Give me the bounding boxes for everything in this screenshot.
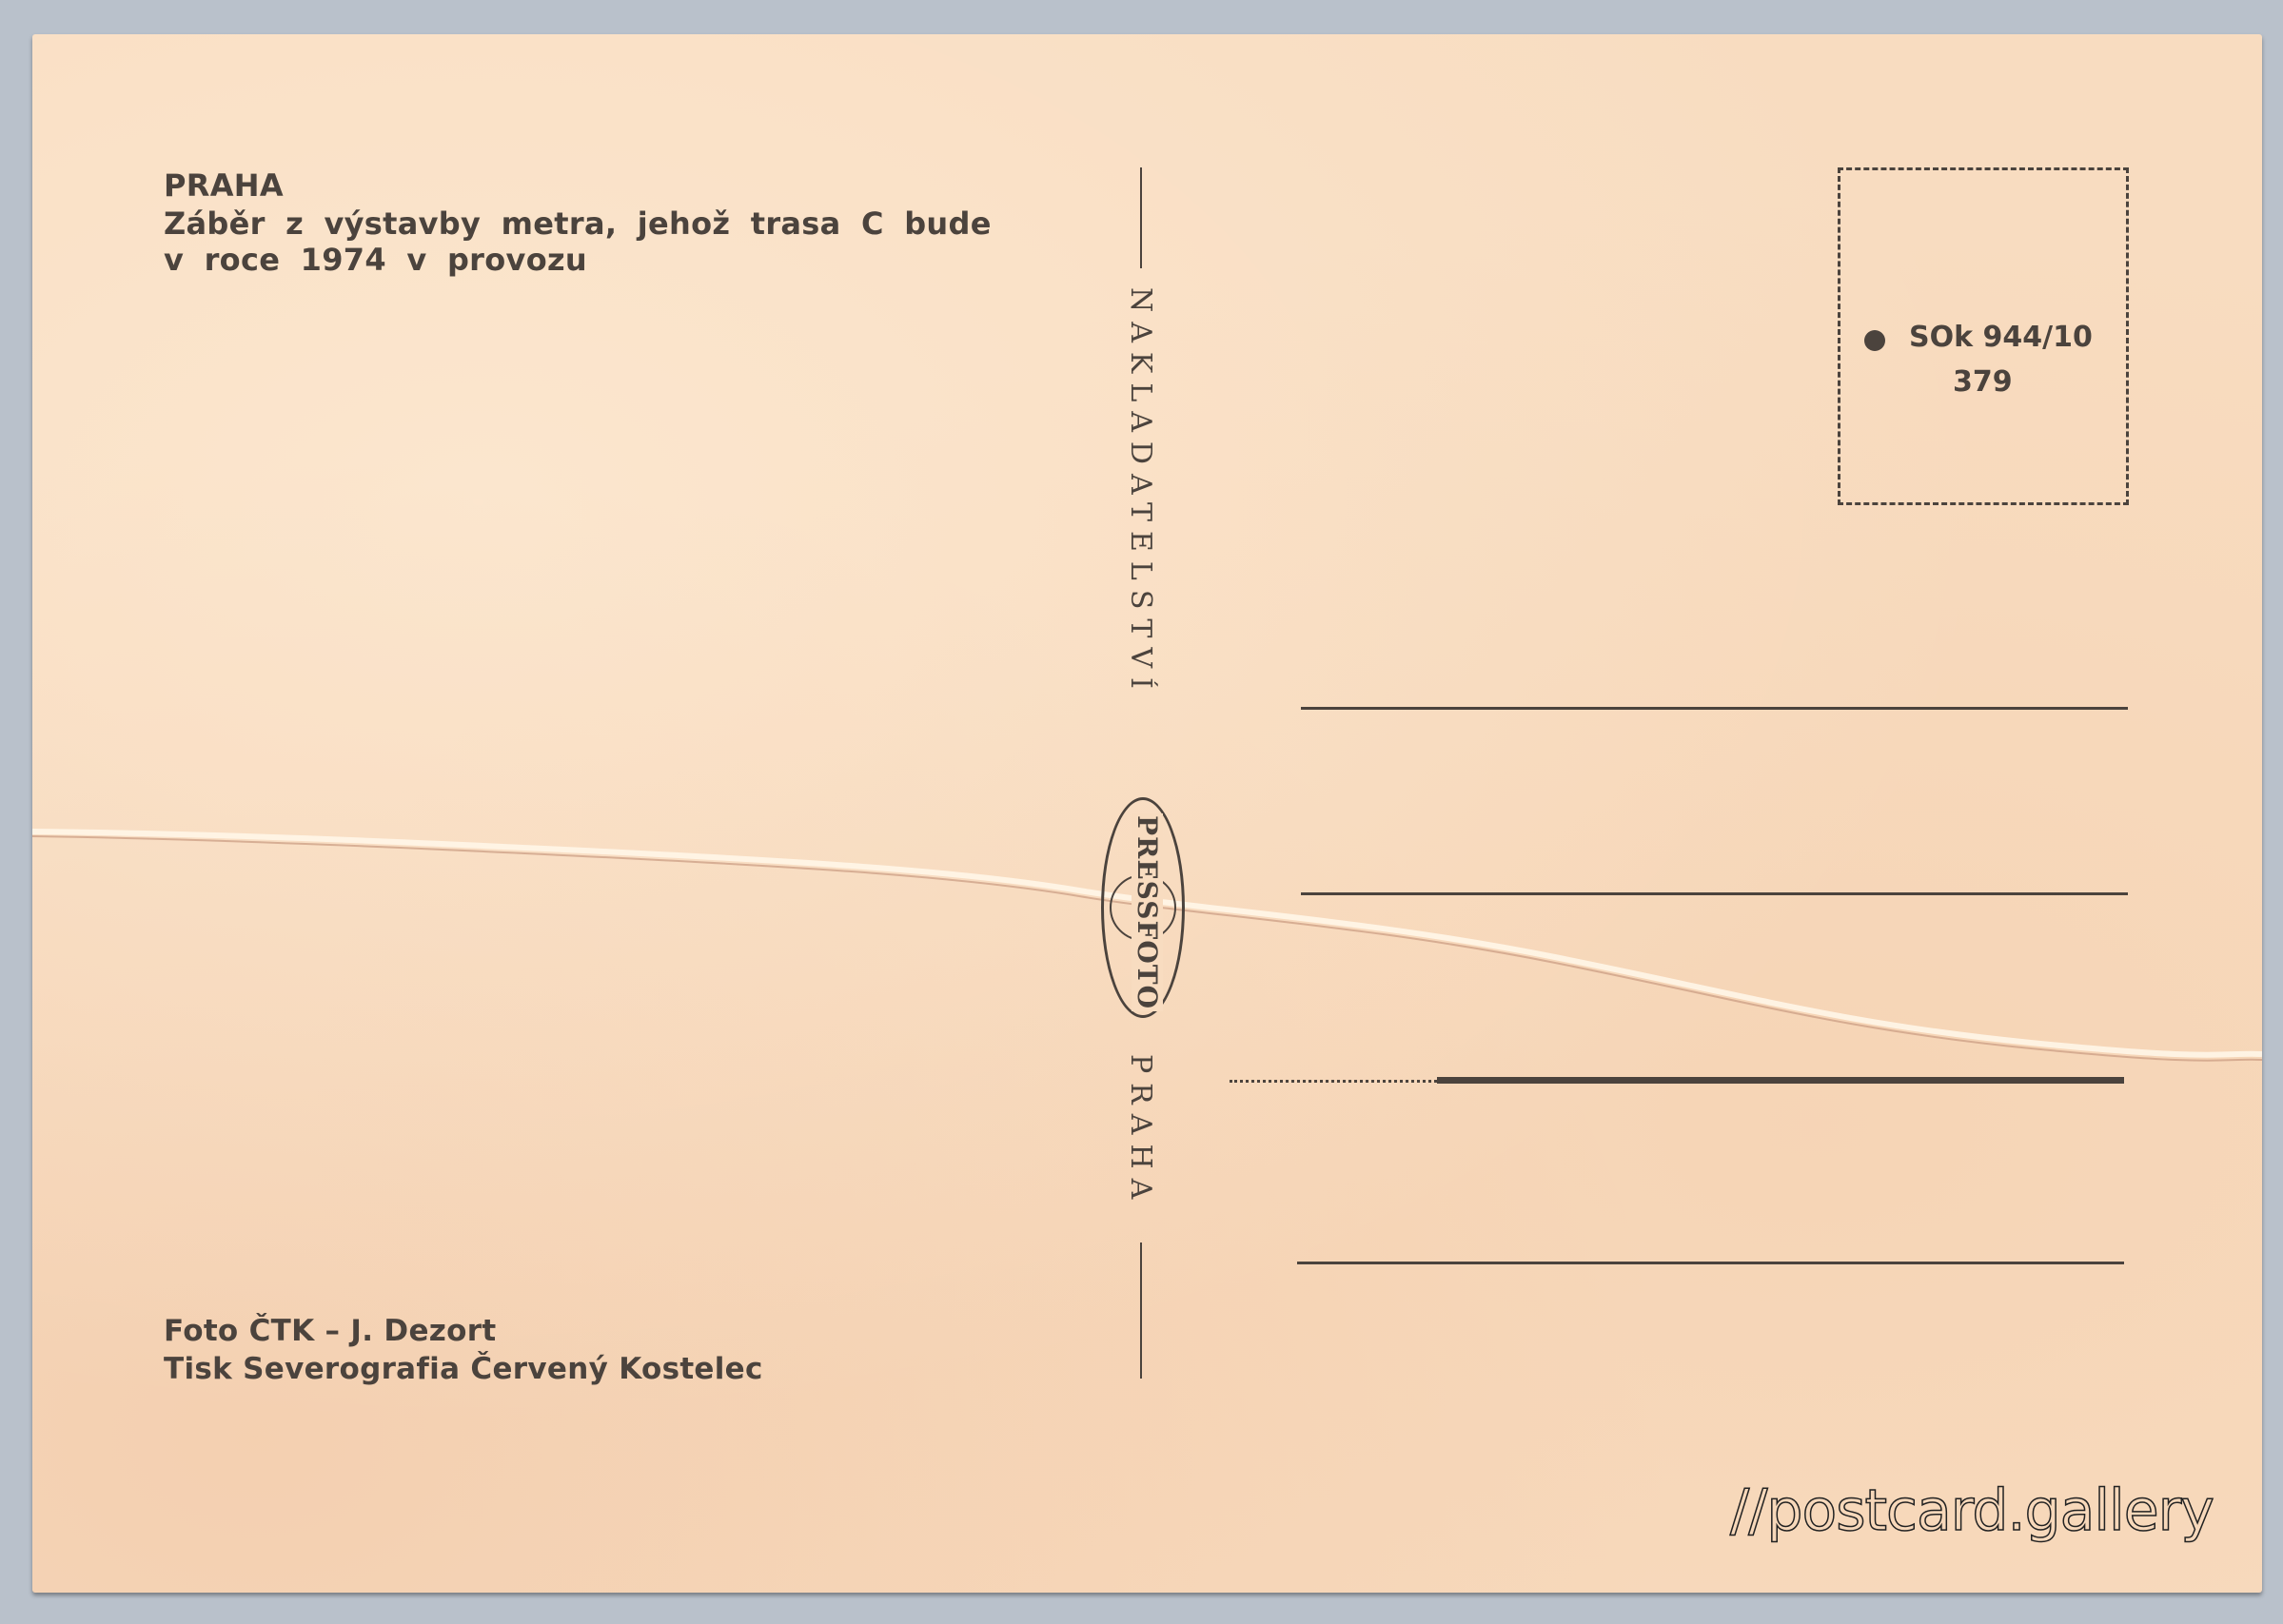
divider-line-bottom (1140, 1242, 1142, 1379)
address-line-2 (1301, 892, 2128, 895)
caption-title: PRAHA (164, 167, 284, 204)
divider-line-top (1140, 167, 1142, 268)
caption-line-1: Záběr z výstavby metra, jehož trasa C bu… (164, 205, 992, 242)
print-credit: Tisk Severografia Červený Kostelec (164, 1352, 763, 1386)
address-line-3-dotted (1230, 1080, 1437, 1086)
publisher-city: PRAHA (1124, 1054, 1157, 1208)
postcard-back: PRAHA Záběr z výstavby metra, jehož tras… (32, 34, 2262, 1593)
stamp-code: SOk 944/10 (1909, 321, 2093, 354)
stamp-box: SOk 944/10 379 (1838, 167, 2129, 505)
logo-text: PRESSFOTO (1132, 813, 1163, 1011)
caption-line-2: v roce 1974 v provozu (164, 242, 587, 278)
address-line-4 (1297, 1262, 2124, 1264)
address-line-1 (1301, 707, 2128, 710)
publisher-label: NAKLADATELSTVÍ (1124, 287, 1157, 698)
pressfoto-logo-icon: PRESSFOTO (1101, 797, 1185, 1018)
photo-credit: Foto ČTK – J. Dezort (164, 1314, 496, 1348)
address-line-3 (1437, 1077, 2124, 1084)
watermark: //postcard.gallery (1730, 1477, 2214, 1544)
bullet-icon (1864, 330, 1885, 351)
stamp-number: 379 (1953, 365, 2013, 399)
